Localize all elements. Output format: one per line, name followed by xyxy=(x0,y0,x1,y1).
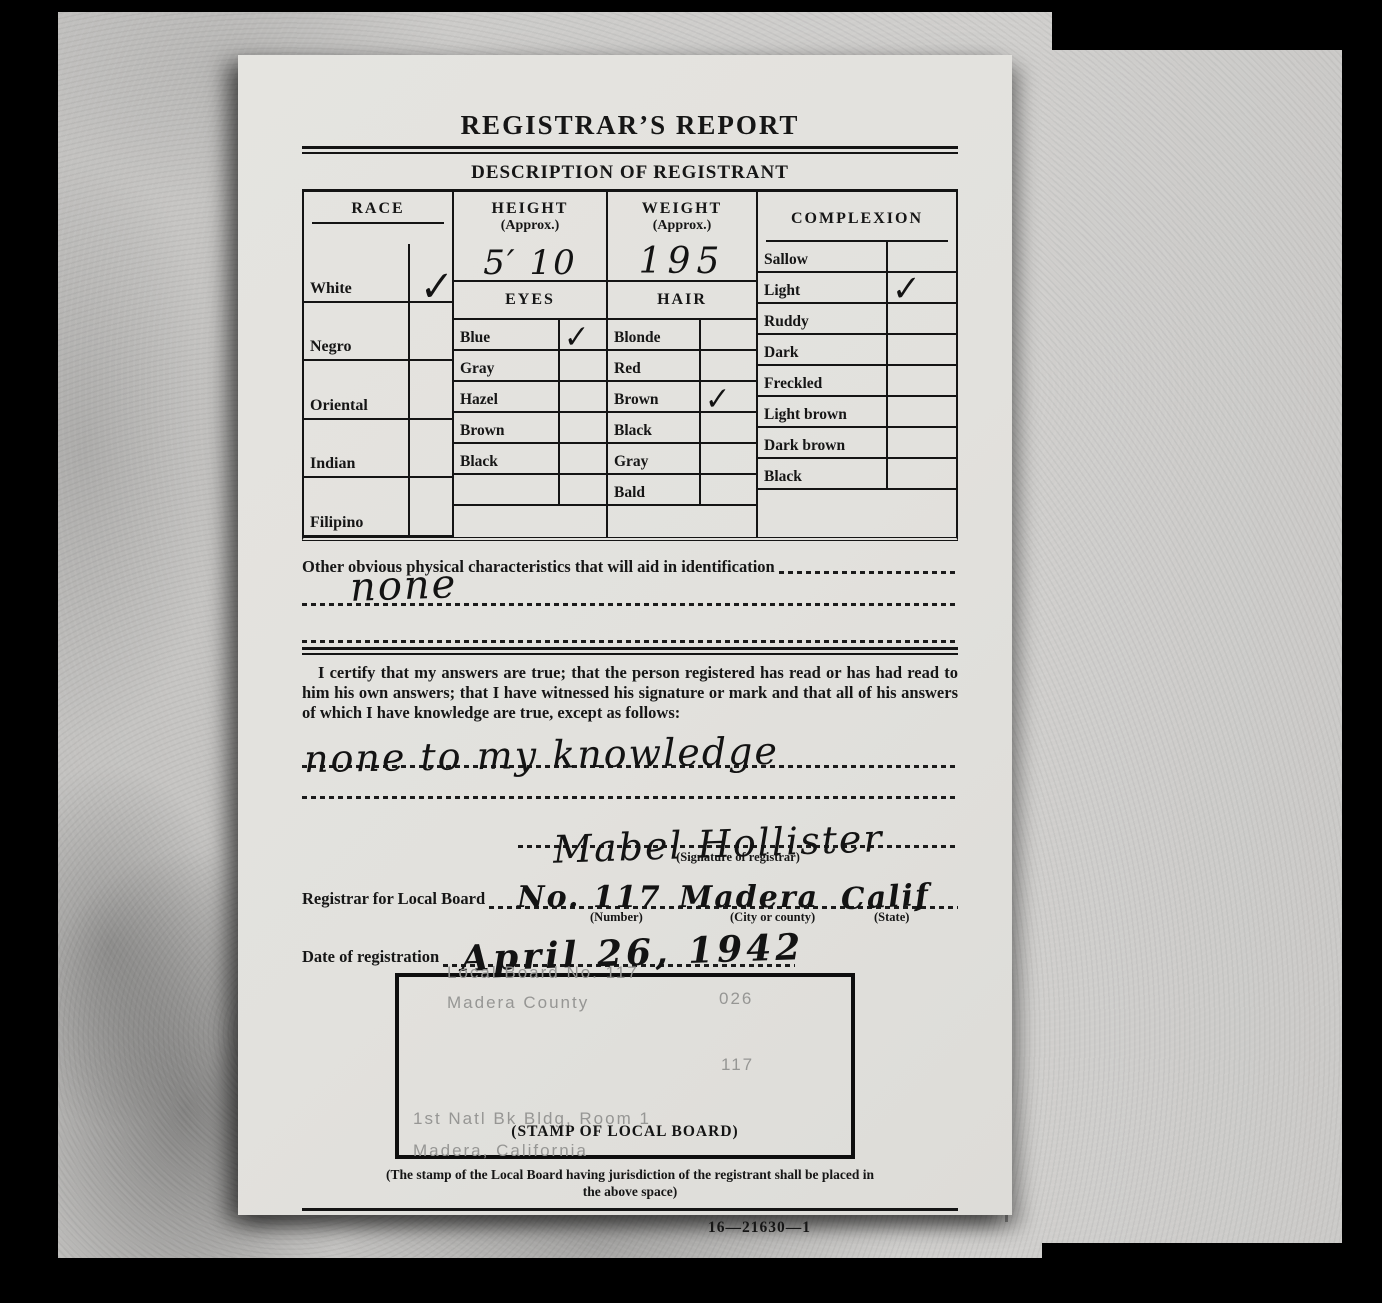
race-checkbox-negro xyxy=(408,303,452,362)
hair-row-gray: Gray xyxy=(608,444,756,475)
registrar-report-card: REGISTRAR’S REPORT DESCRIPTION OF REGIST… xyxy=(238,55,1012,1215)
eyes-row-hazel: Hazel xyxy=(454,382,606,413)
hair-option-label: Brown xyxy=(608,389,699,413)
form-number: 16—21630—1 xyxy=(708,1219,958,1237)
complexion-column: COMPLEXION Sallow Light ✓ Ruddy xyxy=(756,192,956,537)
hair-option-label: Blonde xyxy=(608,327,699,351)
state-sublabel: (State) xyxy=(874,910,909,925)
stamp-caption: (The stamp of the Local Board having jur… xyxy=(380,1167,880,1201)
stamp-line-board: Local Board No. 117 xyxy=(447,963,639,983)
registrar-signature: Mabel Hollister xyxy=(552,820,884,870)
hair-checkbox-bald xyxy=(699,475,756,506)
complexion-checkbox-dark xyxy=(886,335,956,366)
bottom-rule xyxy=(302,1208,958,1211)
empty-checkbox xyxy=(558,475,606,506)
race-checkbox-oriental xyxy=(408,361,452,420)
complexion-checkbox-dark-brown xyxy=(886,428,956,459)
page-title: REGISTRAR’S REPORT xyxy=(302,110,958,141)
height-value: 5′ 10 xyxy=(483,246,576,280)
hair-row-blonde: Blonde xyxy=(608,320,756,351)
race-option-label: White xyxy=(304,277,408,303)
eyes-option-label: Blue xyxy=(454,327,558,351)
eyes-row-blue: Blue ✓ xyxy=(454,320,606,351)
complexion-row-sallow: Sallow xyxy=(758,242,956,273)
scan-black-corner-top-right xyxy=(1052,0,1382,50)
weight-hair-column: WEIGHT (Approx.) 195 HAIR Blonde Red Bro… xyxy=(606,192,756,537)
number-sublabel: (Number) xyxy=(590,910,643,925)
height-eyes-column: HEIGHT (Approx.) 5′ 10 EYES Blue ✓ Gray … xyxy=(452,192,606,537)
stamp-line-city-state: Madera, California xyxy=(413,1141,588,1161)
dashed-filler xyxy=(779,571,958,574)
race-checkbox-filipino xyxy=(408,478,452,537)
hair-checkbox-black xyxy=(699,413,756,444)
stamp-line-number: 117 xyxy=(721,1055,754,1075)
eyes-row-gray: Gray xyxy=(454,351,606,382)
complexion-option-label: Ruddy xyxy=(758,311,886,335)
complexion-option-label: Light xyxy=(758,280,886,304)
race-row-negro: Negro xyxy=(304,303,452,362)
checkmark-icon: ✓ xyxy=(891,270,921,307)
hair-row-bald: Bald xyxy=(608,475,756,506)
eyes-option-label: Black xyxy=(454,451,558,475)
race-option-label: Oriental xyxy=(304,394,408,420)
eyes-option-label: Hazel xyxy=(454,389,558,413)
title-divider xyxy=(302,146,958,154)
weight-header: WEIGHT xyxy=(608,192,756,218)
certification-statement: I certify that my answers are true; that… xyxy=(302,663,958,722)
eyes-checkbox-brown xyxy=(558,413,606,444)
race-option-label: Negro xyxy=(304,335,408,361)
complexion-checkbox-light: ✓ xyxy=(886,273,956,304)
section-title: DESCRIPTION OF REGISTRANT xyxy=(302,162,958,184)
hair-option-label: Gray xyxy=(608,451,699,475)
race-row-white: White ✓ xyxy=(304,244,452,303)
complexion-row-dark: Dark xyxy=(758,335,956,366)
weight-value: 195 xyxy=(639,244,726,280)
height-header: HEIGHT xyxy=(454,192,606,218)
eyes-row-empty xyxy=(454,475,606,506)
race-header: RACE xyxy=(304,192,452,218)
complexion-option-label: Dark xyxy=(758,342,886,366)
complexion-option-label: Light brown xyxy=(758,404,886,428)
blank-dashed-line xyxy=(302,640,958,643)
empty-cell xyxy=(454,504,558,506)
hair-row-black: Black xyxy=(608,413,756,444)
complexion-option-label: Freckled xyxy=(758,373,886,397)
certification-text: I certify that my answers are true; that… xyxy=(302,663,958,723)
certification-exception-value: none to my knowledge xyxy=(304,732,779,778)
complexion-row-black: Black xyxy=(758,459,956,490)
hair-header: HAIR xyxy=(608,282,756,320)
stamp-line-code: 026 xyxy=(719,989,753,1009)
local-board-stamp-box: Local Board No. 117 Madera County 026 11… xyxy=(395,973,855,1159)
complexion-option-label: Black xyxy=(758,466,886,490)
complexion-row-light-brown: Light brown xyxy=(758,397,956,428)
complexion-header: COMPLEXION xyxy=(758,192,956,228)
complexion-option-label: Sallow xyxy=(758,249,886,273)
stamp-line-county: Madera County xyxy=(447,993,589,1013)
race-column: RACE White ✓ Negro Oriental xyxy=(304,192,452,537)
registration-date-label: Date of registration xyxy=(302,947,439,967)
hair-option-label: Bald xyxy=(608,482,699,506)
race-checkbox-white: ✓ xyxy=(408,244,452,303)
height-subheader: (Approx.) xyxy=(454,218,606,234)
eyes-option-label: Brown xyxy=(454,420,558,444)
eyes-header: EYES xyxy=(454,282,606,320)
race-header-underline xyxy=(312,222,444,224)
complexion-checkbox-ruddy xyxy=(886,304,956,335)
complexion-option-label: Dark brown xyxy=(758,435,886,459)
eyes-checkbox-gray xyxy=(558,351,606,382)
eyes-checkbox-blue: ✓ xyxy=(558,320,606,351)
complexion-checkbox-light-brown xyxy=(886,397,956,428)
checkmark-icon: ✓ xyxy=(705,384,731,417)
stamp-box-label: (STAMP OF LOCAL BOARD) xyxy=(399,1123,851,1141)
hair-option-label: Red xyxy=(608,358,699,382)
complexion-checkbox-black xyxy=(886,459,956,490)
eyes-option-label: Gray xyxy=(454,358,558,382)
complexion-row-light: Light ✓ xyxy=(758,273,956,304)
complexion-row-dark-brown: Dark brown xyxy=(758,428,956,459)
race-row-indian: Indian xyxy=(304,420,452,479)
eyes-checkbox-black xyxy=(558,444,606,475)
city-sublabel: (City or county) xyxy=(730,910,815,925)
weight-subheader: (Approx.) xyxy=(608,218,756,234)
eyes-row-black: Black xyxy=(454,444,606,475)
hair-checkbox-blonde xyxy=(699,320,756,351)
hair-row-brown: Brown ✓ xyxy=(608,382,756,413)
eyes-checkbox-hazel xyxy=(558,382,606,413)
local-board-label: Registrar for Local Board xyxy=(302,889,485,909)
section-divider xyxy=(302,647,958,655)
complexion-row-freckled: Freckled xyxy=(758,366,956,397)
hair-checkbox-brown: ✓ xyxy=(699,382,756,413)
hair-checkbox-gray xyxy=(699,444,756,475)
blank-dashed-line-2 xyxy=(302,796,958,799)
checkmark-icon: ✓ xyxy=(564,322,590,355)
hair-option-label: Black xyxy=(608,420,699,444)
scan-black-corner-bottom-right xyxy=(1042,1243,1382,1303)
race-row-oriental: Oriental xyxy=(304,361,452,420)
characteristics-value: none xyxy=(349,564,458,608)
race-row-filipino: Filipino xyxy=(304,478,452,537)
race-checkbox-indian xyxy=(408,420,452,479)
hair-row-red: Red xyxy=(608,351,756,382)
race-option-label: Indian xyxy=(304,452,408,478)
hair-checkbox-red xyxy=(699,351,756,382)
complexion-row-ruddy: Ruddy xyxy=(758,304,956,335)
complexion-checkbox-freckled xyxy=(886,366,956,397)
description-table: RACE White ✓ Negro Oriental xyxy=(302,189,958,541)
eyes-row-brown: Brown xyxy=(454,413,606,444)
race-option-label: Filipino xyxy=(304,511,408,537)
